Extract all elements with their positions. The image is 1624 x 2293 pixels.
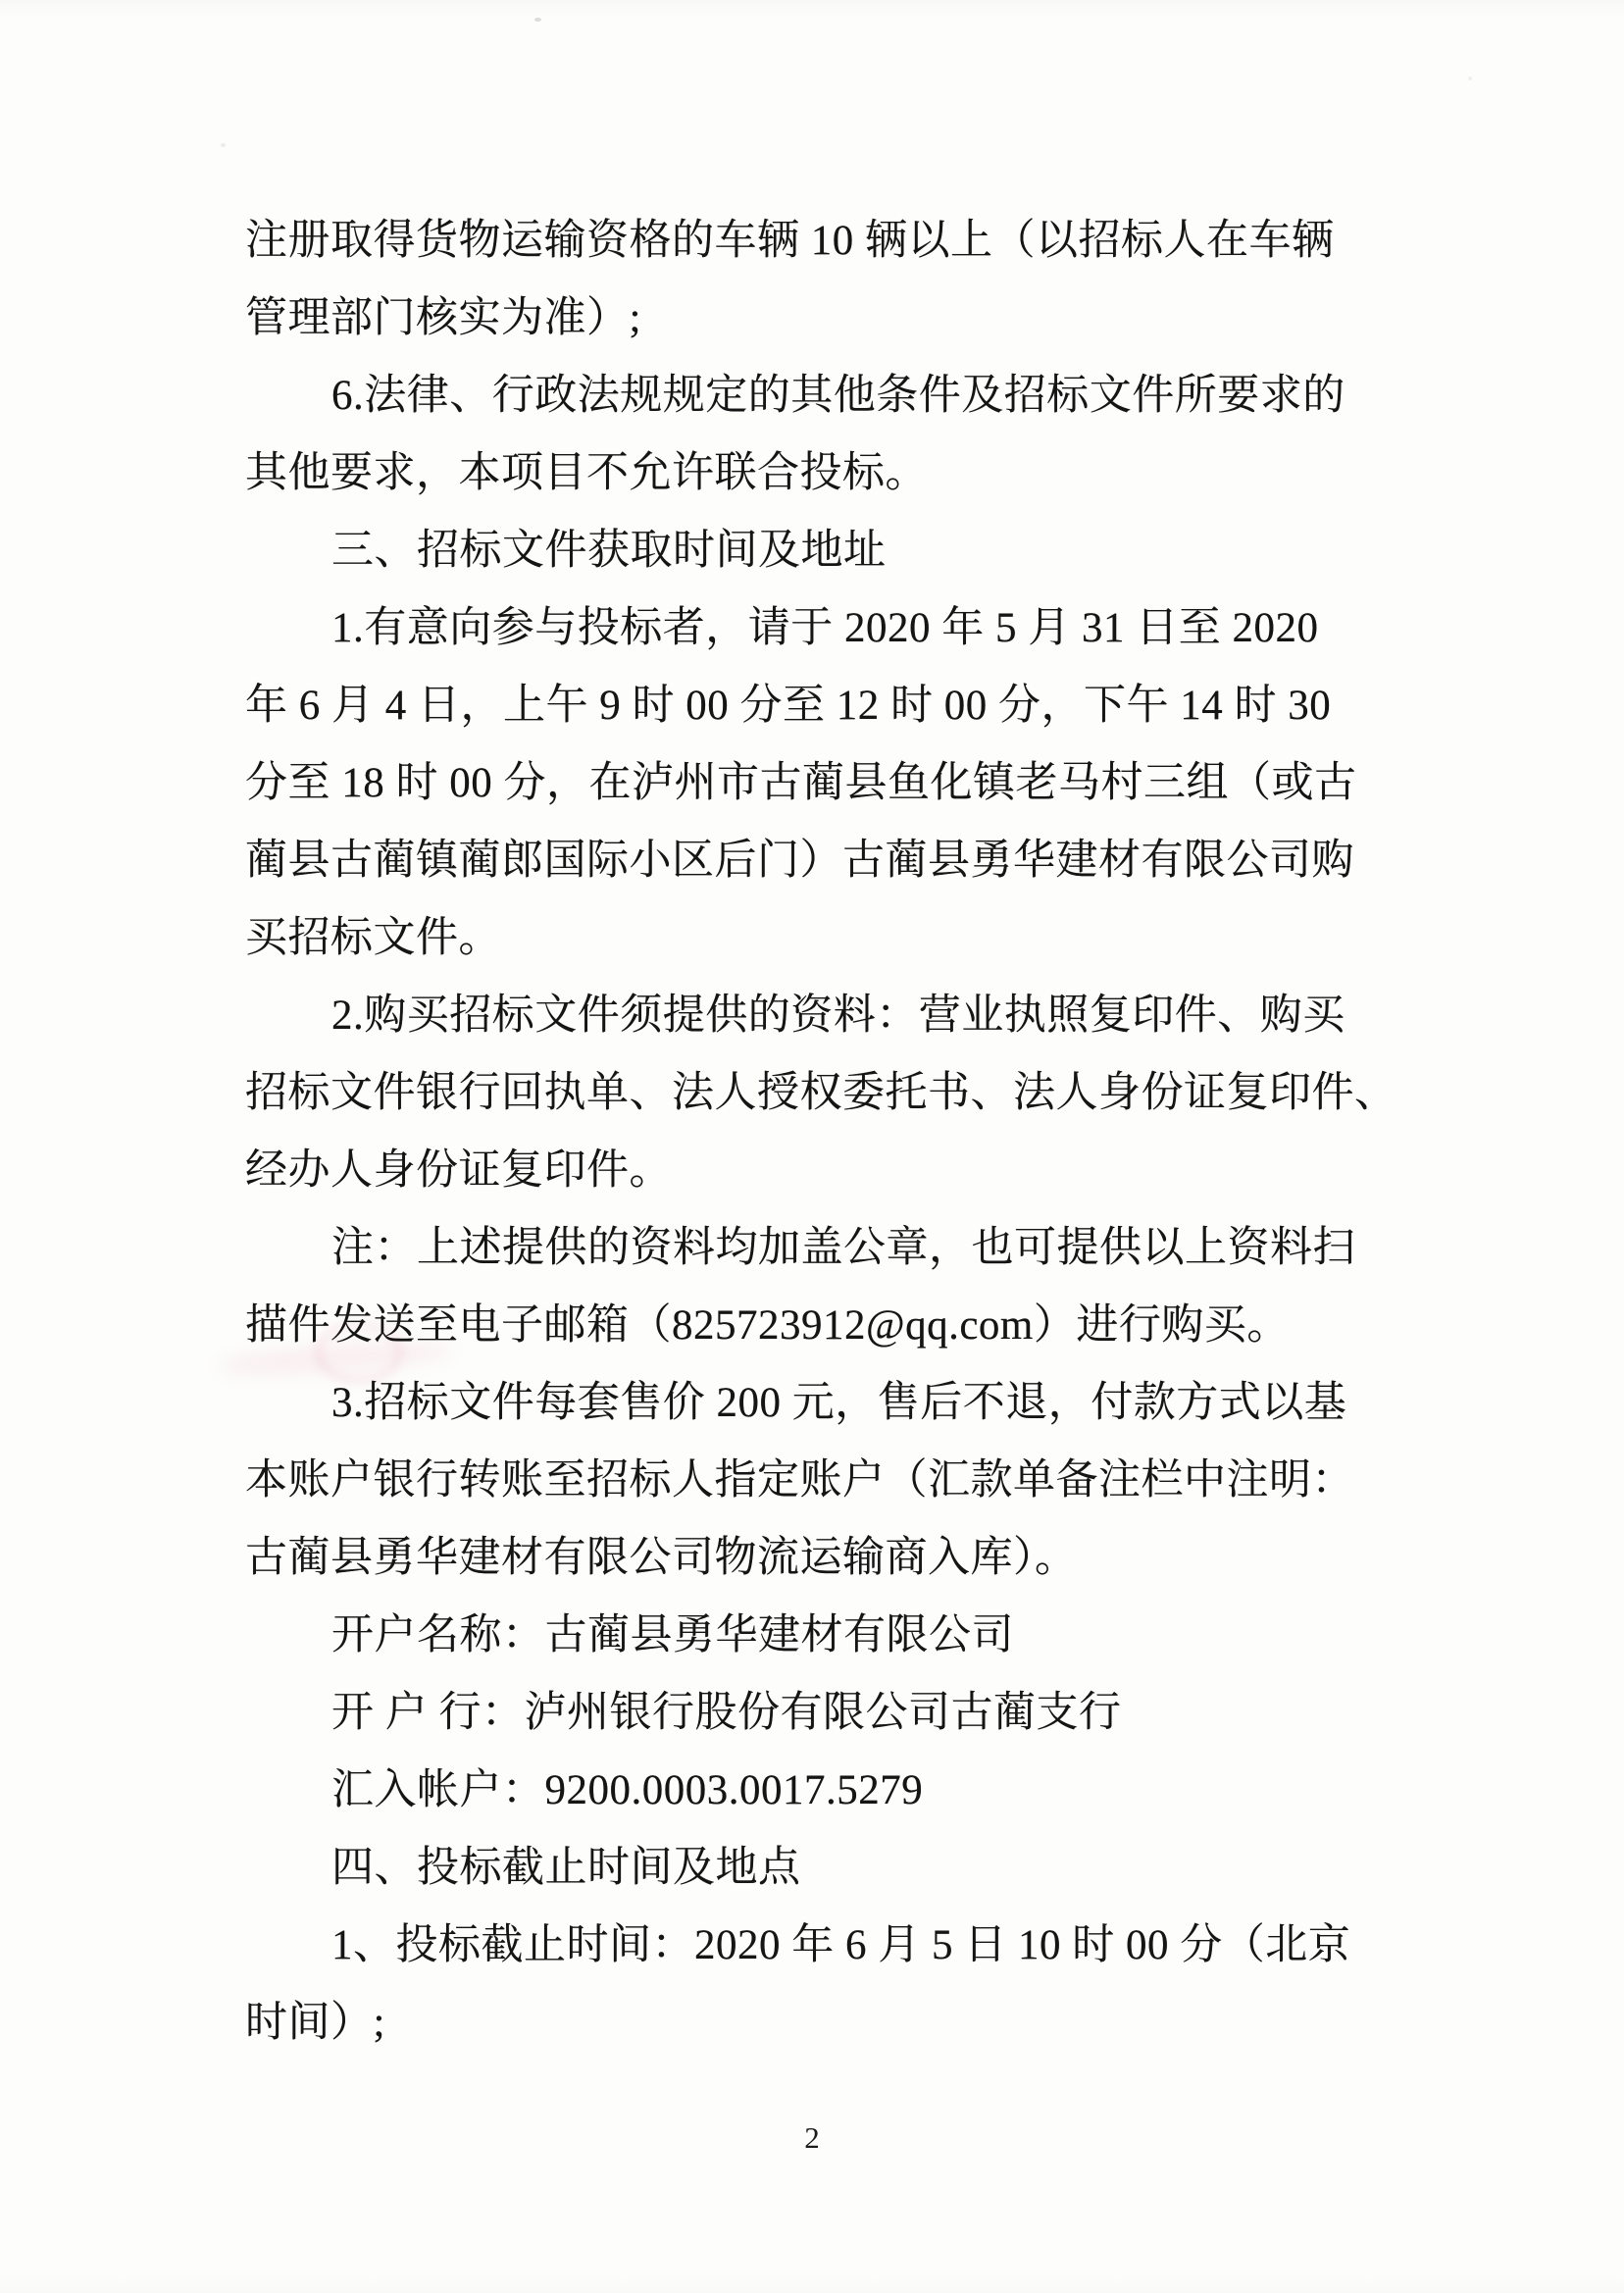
text-line: 年 6 月 4 日，上午 9 时 00 分至 12 时 00 分，下午 14 时… [245,663,1481,740]
text-line: 招标文件银行回执单、法人授权委托书、法人身份证复印件、 [245,1050,1481,1128]
scan-speck [221,143,226,147]
line-text: 管理部门核实为准）; [245,284,641,344]
line-text: 描件发送至电子邮箱（825723912@qq.com）进行购买。 [245,1292,1290,1351]
scan-speck [534,18,541,22]
line-text: 1、投标截止时间：2020 年 6 月 5 日 10 时 00 分（北京 [331,1911,1350,1971]
text-line: 1、投标截止时间：2020 年 6 月 5 日 10 时 00 分（北京 [245,1903,1481,1980]
line-text: 买招标文件。 [245,904,501,964]
text-line: 开户名称：古蔺县勇华建材有限公司 [245,1593,1481,1670]
text-line: 本账户银行转账至招标人指定账户（汇款单备注栏中注明： [245,1438,1481,1515]
line-text: 经办人身份证复印件。 [245,1137,672,1197]
line-text: 其他要求，本项目不允许联合投标。 [245,439,928,499]
line-text: 3.招标文件每套售价 200 元，售后不退，付款方式以基 [331,1369,1346,1429]
line-text: 开 户 行：泸州银行股份有限公司古蔺支行 [331,1679,1122,1739]
line-text: 三、招标文件获取时间及地址 [331,517,887,577]
text-line: 开 户 行：泸州银行股份有限公司古蔺支行 [245,1670,1481,1748]
text-line: 管理部门核实为准）; [245,276,1481,353]
document-page: 注册取得货物运输资格的车辆 10 辆以上（以招标人在车辆 管理部门核实为准）; … [0,0,1624,2293]
text-line: 2.购买招标文件须提供的资料：营业执照复印件、购买 [245,973,1481,1050]
text-line: 时间）; [245,1980,1481,2058]
text-line: 经办人身份证复印件。 [245,1128,1481,1205]
text-line: 古蔺县勇华建材有限公司物流运输商入库）。 [245,1515,1481,1593]
line-text: 6.法律、行政法规规定的其他条件及招标文件所要求的 [331,362,1345,422]
line-text: 本账户银行转账至招标人指定账户（汇款单备注栏中注明： [245,1447,1354,1506]
line-text: 2.购买招标文件须提供的资料：营业执照复印件、购买 [331,982,1345,1042]
line-text: 分至 18 时 00 分，在泸州市古蔺县鱼化镇老马村三组（或古 [245,749,1357,809]
text-line: 注册取得货物运输资格的车辆 10 辆以上（以招标人在车辆 [245,198,1481,276]
line-text: 注册取得货物运输资格的车辆 10 辆以上（以招标人在车辆 [245,207,1335,267]
text-line: 汇入帐户：9200.0003.0017.5279 [245,1748,1481,1825]
line-text: 注：上述提供的资料均加盖公章，也可提供以上资料扫 [331,1214,1355,1274]
text-line: 描件发送至电子邮箱（825723912@qq.com）进行购买。 [245,1283,1481,1360]
line-text: 时间）; [245,1989,385,2049]
text-line: 蔺县古蔺镇蔺郎国际小区后门）古蔺县勇华建材有限公司购 [245,818,1481,895]
text-line: 其他要求，本项目不允许联合投标。 [245,431,1481,508]
line-text: 蔺县古蔺镇蔺郎国际小区后门）古蔺县勇华建材有限公司购 [245,827,1354,887]
line-text: 招标文件银行回执单、法人授权委托书、法人身份证复印件、 [245,1059,1397,1119]
text-line: 三、招标文件获取时间及地址 [245,508,1481,586]
text-line: 3.招标文件每套售价 200 元，售后不退，付款方式以基 [245,1360,1481,1438]
text-line: 四、投标截止时间及地点 [245,1825,1481,1903]
text-line: 分至 18 时 00 分，在泸州市古蔺县鱼化镇老马村三组（或古 [245,740,1481,818]
document-body: 注册取得货物运输资格的车辆 10 辆以上（以招标人在车辆 管理部门核实为准）; … [245,198,1481,2058]
text-line: 买招标文件。 [245,895,1481,973]
line-text: 汇入帐户：9200.0003.0017.5279 [331,1757,923,1816]
line-text: 年 6 月 4 日，上午 9 时 00 分至 12 时 00 分，下午 14 时… [245,672,1331,732]
scan-speck [1468,76,1472,80]
text-line: 注：上述提供的资料均加盖公章，也可提供以上资料扫 [245,1205,1481,1283]
line-text: 开户名称：古蔺县勇华建材有限公司 [331,1602,1014,1661]
text-line: 1.有意向参与投标者，请于 2020 年 5 月 31 日至 2020 [245,586,1481,663]
text-line: 6.法律、行政法规规定的其他条件及招标文件所要求的 [245,353,1481,431]
line-text: 1.有意向参与投标者，请于 2020 年 5 月 31 日至 2020 [331,594,1319,654]
line-text: 四、投标截止时间及地点 [331,1834,801,1894]
page-number: 2 [0,2120,1624,2156]
line-text: 古蔺县勇华建材有限公司物流运输商入库）。 [245,1524,1078,1584]
